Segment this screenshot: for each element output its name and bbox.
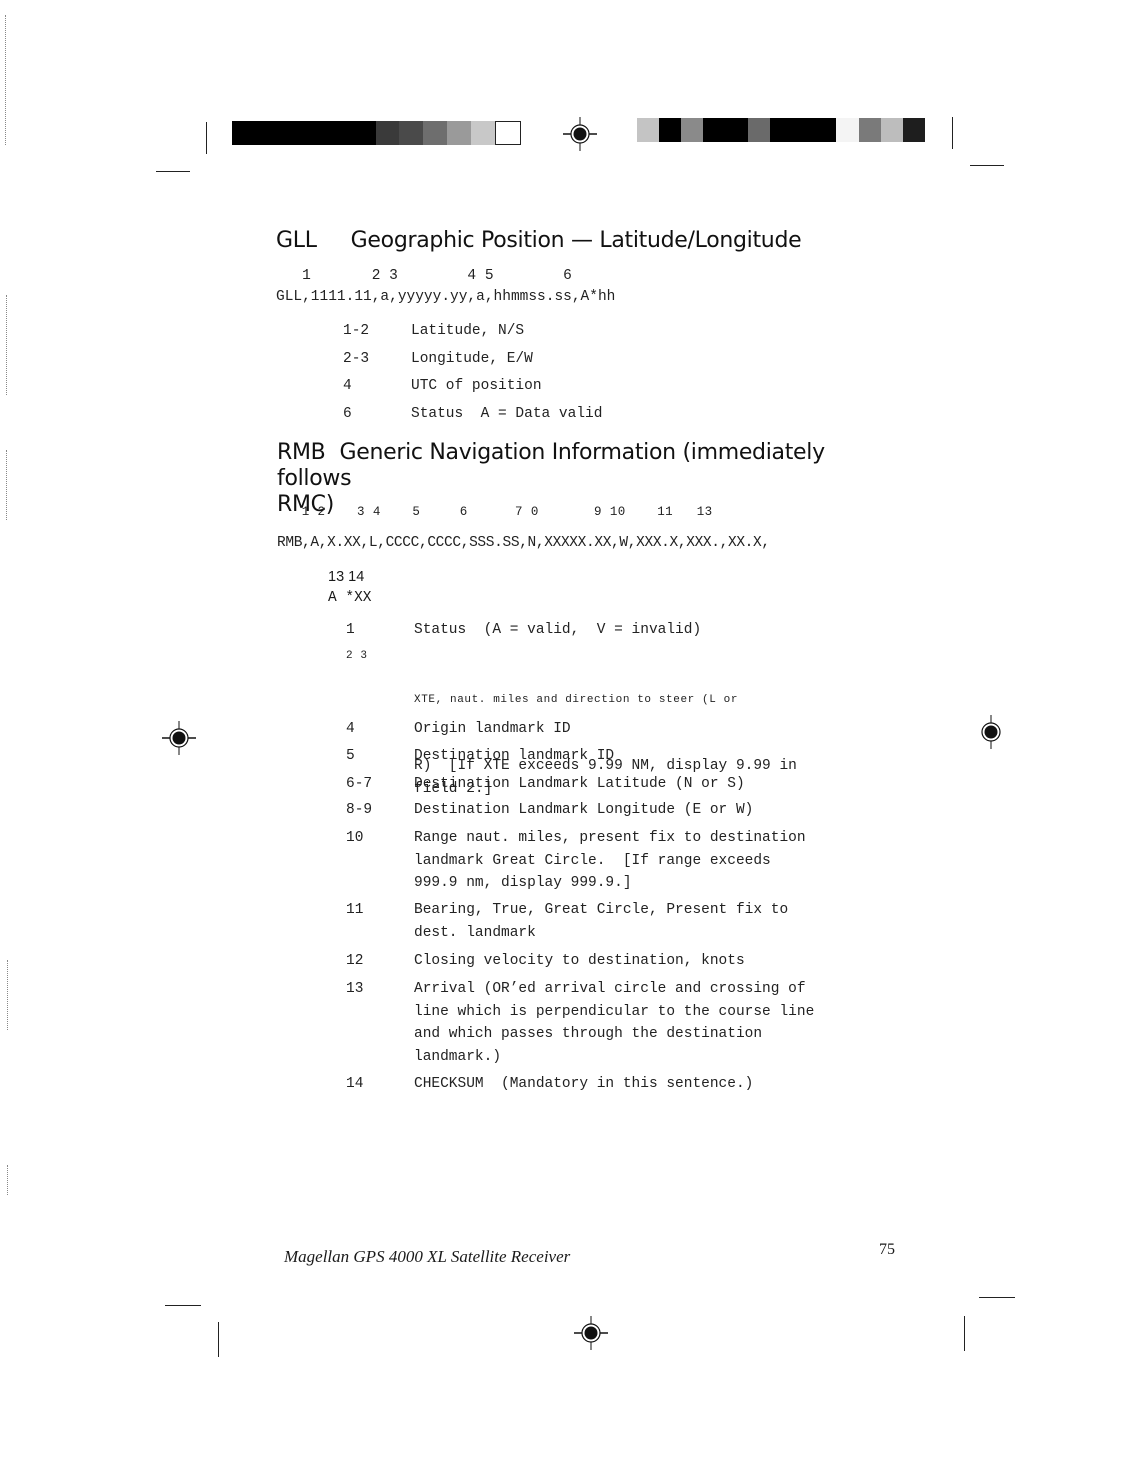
color-swatch [232,121,256,145]
field-number: 8-9 [346,799,414,822]
field-definition: 10 Range naut. miles, present fix to des… [346,827,884,895]
field-definition: 1 Status (A = valid, V = invalid) [346,619,884,642]
registration-mark-icon [162,721,196,755]
crop-mark-top-left-vertical [206,122,207,154]
sentence-format: RMB,A,X.XX,L,CCCC,CCCC,SSS.SS,N,XXXXX.XX… [277,535,770,551]
crop-mark-bottom-left-vertical [218,1322,219,1357]
field-definition: 13 Arrival (OR’ed arrival circle and cro… [346,978,884,1068]
continuation-field-numbers: 13 14 [328,569,364,585]
registration-mark-icon [574,1316,608,1350]
field-definition: 8-9 Destination Landmark Longitude (E or… [346,799,884,822]
field-definition: 4 UTC of position [343,375,881,398]
scan-edge-speckle [6,295,8,395]
field-definition: 12 Closing velocity to destination, knot… [346,950,884,973]
field-definition: 4 Origin landmark ID [346,718,884,741]
field-definition: 11 Bearing, True, Great Circle, Present … [346,899,884,944]
color-swatch [859,118,881,142]
field-description: Latitude, N/S [411,320,881,343]
footer-book-title: Magellan GPS 4000 XL Satellite Receiver [284,1247,570,1267]
sentence-format: GLL,1111.11,a,yyyyy.yy,a,hhmmss.ss,A*hh [276,289,615,305]
field-description: Destination landmark ID [414,745,884,768]
scan-edge-speckle [7,960,9,1030]
field-number: 4 [343,375,411,398]
color-swatch [770,118,792,142]
crop-mark-top-left-horizontal [156,171,190,172]
sentence-title: Generic Navigation Information (immediat… [277,440,825,491]
section-heading-gll: GLLGeographic Position — Latitude/Longit… [276,228,801,253]
color-swatch [703,118,725,142]
field-number: 6 [343,403,411,426]
color-swatch [814,118,836,142]
color-swatch [471,121,495,145]
field-definition: 6 Status A = Data valid [343,403,881,426]
field-number: 4 [346,718,414,741]
continuation-sentence: A *XX [328,590,372,606]
color-swatch [637,118,659,142]
color-swatch [280,121,304,145]
field-description: Destination Landmark Longitude (E or W) [414,799,884,822]
color-swatch [681,118,703,142]
color-swatch [423,121,447,145]
field-description-compressed: XTE, naut. miles and direction to steer … [414,690,884,710]
field-number: 11 [346,899,414,944]
field-number: 2-3 [343,348,411,371]
field-number-row: 1 2 3 4 5 6 [276,268,572,284]
field-description: Arrival (OR’ed arrival circle and crossi… [414,978,884,1068]
field-definition: 14 CHECKSUM (Mandatory in this sentence.… [346,1073,884,1096]
field-definition: 6-7 Destination Landmark Latitude (N or … [346,773,884,796]
field-description: CHECKSUM (Mandatory in this sentence.) [414,1073,884,1096]
color-swatch [792,118,814,142]
color-swatch [328,121,352,145]
field-description: Origin landmark ID [414,718,884,741]
sentence-title: Geographic Position — Latitude/Longitude [351,228,802,253]
field-description: Closing velocity to destination, knots [414,950,884,973]
field-number: 12 [346,950,414,973]
color-swatch [376,121,400,145]
color-swatch [447,121,471,145]
field-description: Range naut. miles, present fix to destin… [414,827,884,895]
color-swatch [659,118,681,142]
field-definition: 5 Destination landmark ID [346,745,884,768]
field-description: Bearing, True, Great Circle, Present fix… [414,899,884,944]
color-swatch [495,121,521,145]
color-swatch [352,121,376,145]
color-swatch [881,118,903,142]
crop-mark-bottom-left-horizontal [165,1305,201,1306]
crop-mark-bottom-right-vertical [964,1316,965,1351]
color-swatch [726,118,748,142]
field-number: 5 [346,745,414,768]
field-description: Longitude, E/W [411,348,881,371]
field-definition: 1-2 Latitude, N/S [343,320,881,343]
field-number: 1-2 [343,320,411,343]
field-number: 1 [346,619,414,642]
crop-mark-top-right-vertical [952,117,953,149]
scan-edge-speckle [6,450,8,520]
scan-edge-speckle [5,15,7,145]
field-definition: 2-3 Longitude, E/W [343,348,881,371]
color-swatch [748,118,770,142]
printer-color-bar-left [232,121,521,145]
crop-mark-bottom-right-horizontal [979,1297,1015,1298]
registration-mark-icon [974,715,1008,749]
color-swatch [903,118,925,142]
field-description: Status (A = valid, V = invalid) [414,619,884,642]
color-swatch [304,121,328,145]
registration-mark-icon [563,117,597,151]
field-description: Status A = Data valid [411,403,881,426]
page-number: 75 [879,1241,895,1259]
field-number: 14 [346,1073,414,1096]
field-number: 10 [346,827,414,895]
field-number: 13 [346,978,414,1068]
field-description: UTC of position [411,375,881,398]
field-number: 6-7 [346,773,414,796]
color-swatch [399,121,423,145]
crop-mark-top-right-horizontal [970,165,1004,166]
printer-color-bar-right [637,118,925,142]
field-number-row: 1 2 3 4 5 6 7 0 9 10 11 13 [278,505,713,519]
color-swatch [256,121,280,145]
sentence-code: GLL [276,228,317,253]
field-description: Destination Landmark Latitude (N or S) [414,773,884,796]
sentence-code: RMB [277,440,325,465]
color-swatch [836,118,858,142]
scan-edge-speckle [7,1165,9,1195]
